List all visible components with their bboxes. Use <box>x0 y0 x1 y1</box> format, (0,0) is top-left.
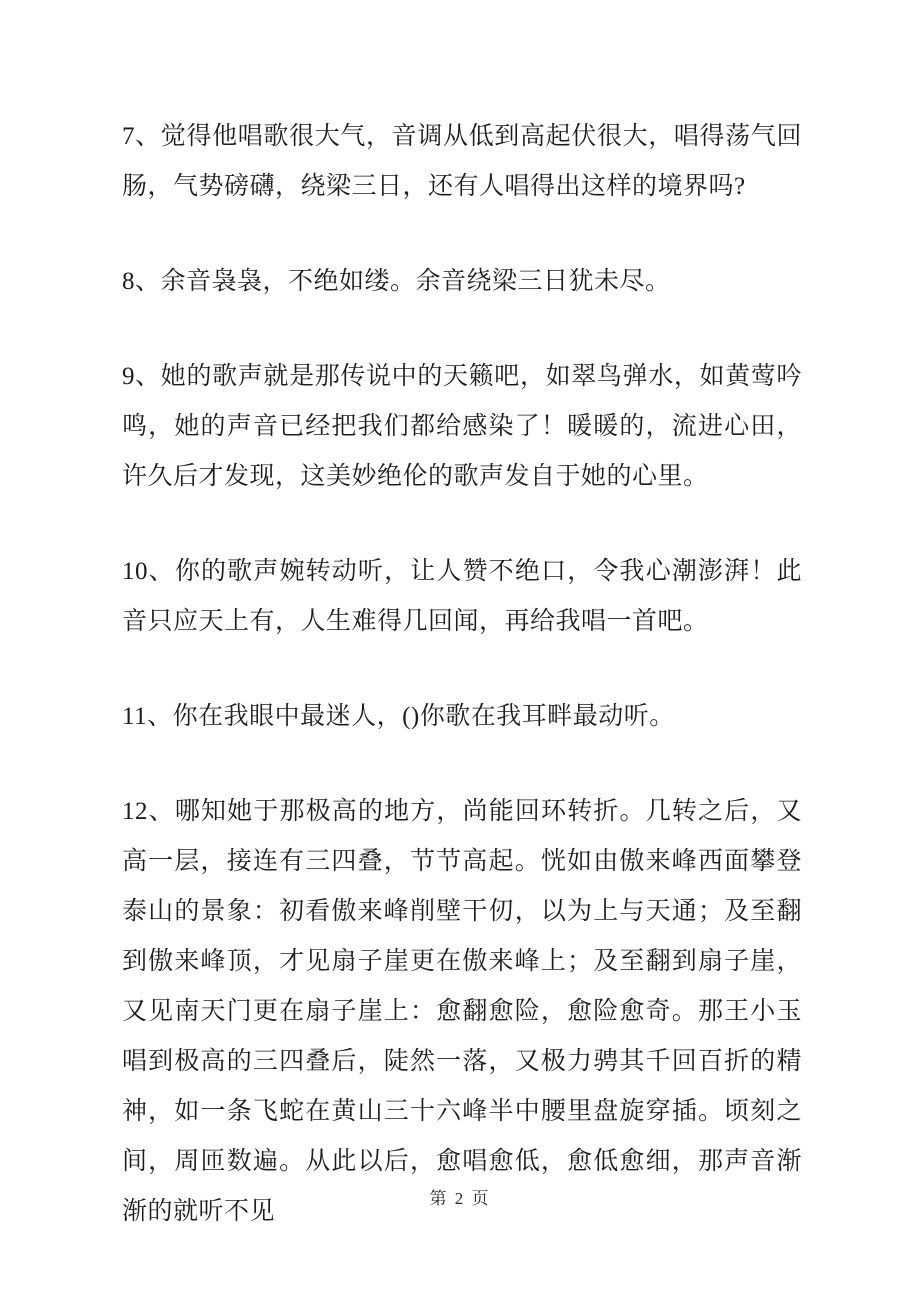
paragraph-10: 10、你的歌声婉转动听，让人赞不绝口，令我心潮澎湃！此音只应天上有，人生难得几回… <box>122 547 802 647</box>
document-body: 7、觉得他唱歌很大气，音调从低到高起伏很大，唱得荡气回肠，气势磅礴，绕梁三日，还… <box>0 0 920 1237</box>
paragraph-7: 7、觉得他唱歌很大气，音调从低到高起伏很大，唱得荡气回肠，气势磅礴，绕梁三日，还… <box>122 112 802 212</box>
paragraph-8: 8、余音袅袅，不绝如缕。余音绕梁三日犹未尽。 <box>122 257 802 307</box>
document-page: 7、觉得他唱歌很大气，音调从低到高起伏很大，唱得荡气回肠，气势磅礴，绕梁三日，还… <box>0 0 920 1302</box>
paragraph-11: 11、你在我眼中最迷人，()你歌在我耳畔最动听。 <box>122 692 802 742</box>
paragraph-9: 9、她的歌声就是那传说中的天籁吧，如翠鸟弹水，如黄莺吟鸣，她的声音已经把我们都给… <box>122 352 802 502</box>
page-number-footer: 第 2 页 <box>0 1188 920 1210</box>
paragraph-12: 12、哪知她于那极高的地方，尚能回环转折。几转之后，又高一层，接连有三四叠，节节… <box>122 787 802 1237</box>
